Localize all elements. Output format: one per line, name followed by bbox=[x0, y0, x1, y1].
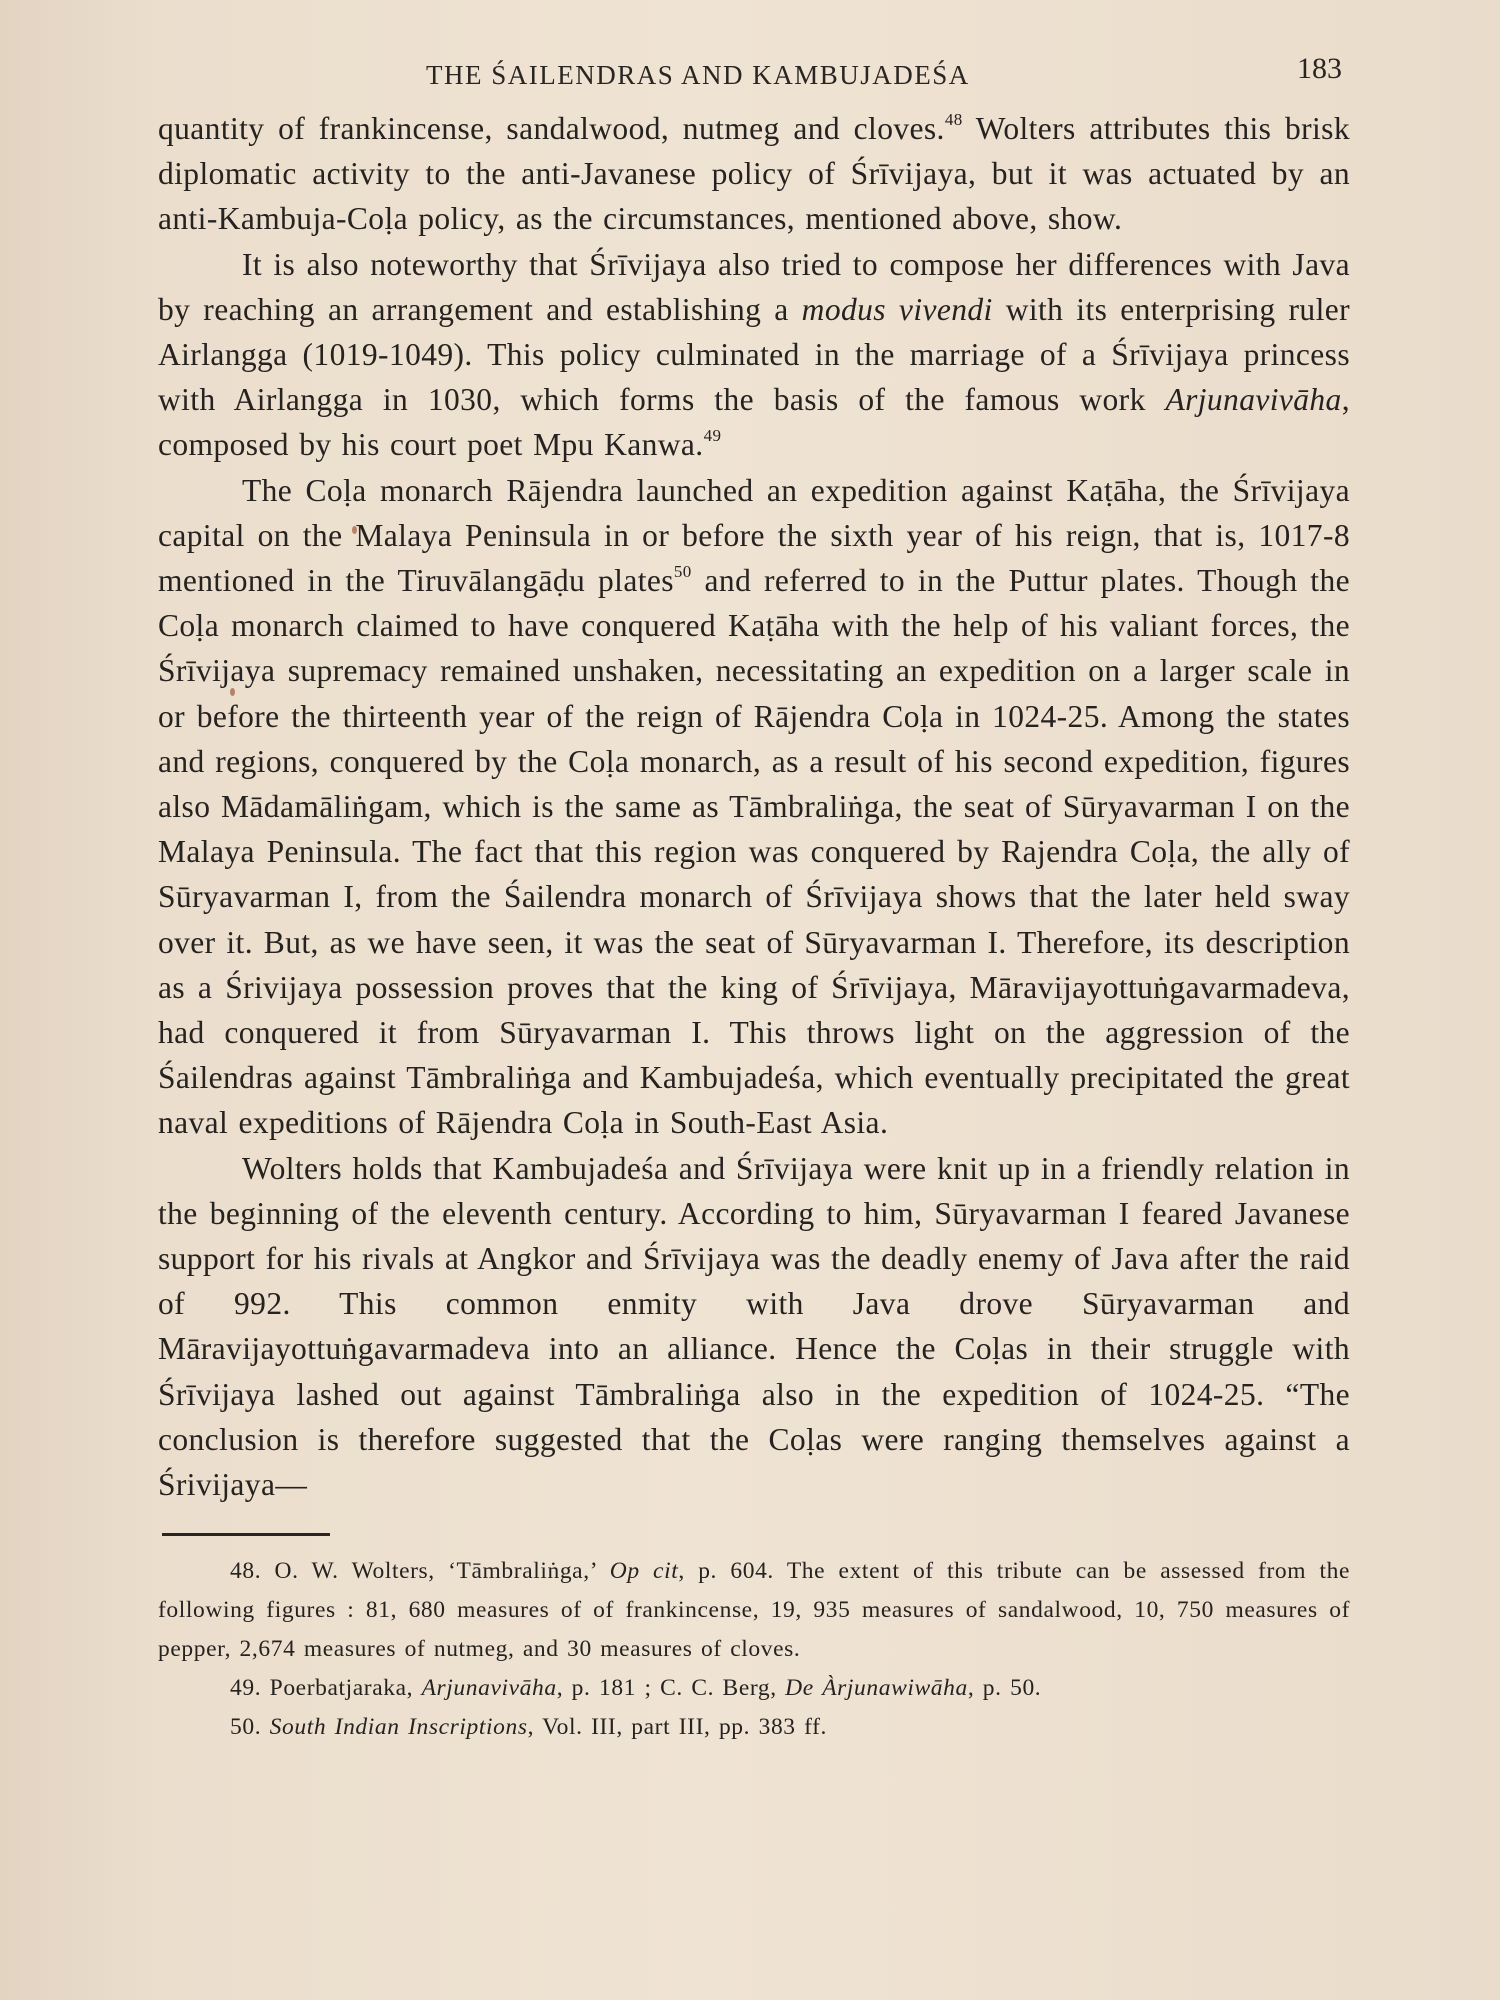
paragraph: quantity of frankincense, sandalwood, nu… bbox=[158, 106, 1350, 242]
page-number: 183 bbox=[1297, 52, 1342, 86]
paragraph: The Coḷa monarch Rājendra launched an ex… bbox=[158, 468, 1350, 1146]
footnote: 48. O. W. Wolters, ‘Tāmbraliṅga,’ Op cit… bbox=[158, 1552, 1350, 1669]
running-head: THE ŚAILENDRAS AND KAMBUJADEŚA 183 bbox=[158, 40, 1350, 100]
footnote-number: 49. bbox=[230, 1675, 270, 1701]
footnote: 50. South Indian Inscriptions, Vol. III,… bbox=[158, 1708, 1350, 1747]
text-run: , Vol. III, part III, pp. 383 ff. bbox=[528, 1714, 827, 1740]
text-run: , p. 181 ; C. C. Berg, bbox=[557, 1675, 785, 1701]
running-title: THE ŚAILENDRAS AND KAMBUJADEŚA bbox=[426, 60, 970, 91]
footnote-reference[interactable]: 48 bbox=[945, 110, 963, 129]
paper-stain bbox=[352, 526, 357, 534]
footnote-reference[interactable]: 50 bbox=[674, 562, 692, 581]
footnote: 49. Poerbatjaraka, Arjunavivāha, p. 181 … bbox=[158, 1669, 1350, 1708]
paper-stain bbox=[230, 688, 235, 696]
paragraph: Wolters holds that Kambujadeśa and Śrīvi… bbox=[158, 1146, 1350, 1508]
italic-text: Arjunavivāha bbox=[1165, 382, 1341, 417]
footnote-number: 50. bbox=[230, 1714, 270, 1740]
italic-text: De Àrjunawiwāha bbox=[785, 1675, 968, 1701]
text-run: quantity of frankincense, sandalwood, nu… bbox=[158, 111, 945, 146]
footnote-reference[interactable]: 49 bbox=[704, 426, 722, 445]
footnote-number: 48. bbox=[230, 1558, 275, 1584]
text-run: and referred to in the Puttur plates. Th… bbox=[158, 563, 1350, 1140]
text-run: O. W. Wolters, ‘Tāmbraliṅga,’ bbox=[275, 1558, 610, 1584]
body-text: quantity of frankincense, sandalwood, nu… bbox=[158, 106, 1350, 1507]
footnote-divider bbox=[162, 1533, 330, 1536]
book-page: THE ŚAILENDRAS AND KAMBUJADEŚA 183 quant… bbox=[158, 40, 1350, 1747]
text-run: Wolters holds that Kambujadeśa and Śrīvi… bbox=[158, 1151, 1350, 1502]
paragraph: It is also noteworthy that Śrīvijaya als… bbox=[158, 242, 1350, 468]
text-run: , p. 50. bbox=[968, 1675, 1041, 1701]
footnotes: 48. O. W. Wolters, ‘Tāmbraliṅga,’ Op cit… bbox=[158, 1552, 1350, 1747]
italic-text: modus vivendi bbox=[802, 292, 993, 327]
italic-text: Arjunavivāha bbox=[422, 1675, 557, 1701]
italic-text: Op cit bbox=[610, 1558, 679, 1584]
text-run: Poerbatjaraka, bbox=[270, 1675, 422, 1701]
italic-text: South Indian Inscriptions bbox=[270, 1714, 528, 1740]
